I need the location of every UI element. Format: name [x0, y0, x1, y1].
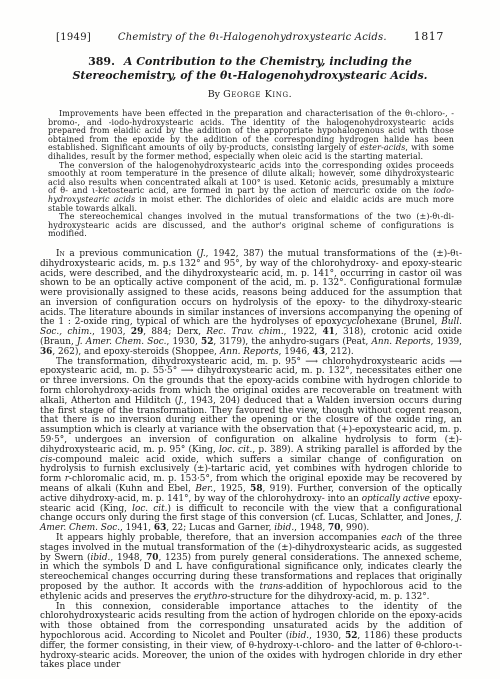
article-title: A Contribution to the Chemistry, includi… [72, 55, 427, 82]
journal-year: [1949] [56, 32, 91, 43]
article-body: In a previous communication (J., 1942, 3… [40, 250, 462, 671]
article-title-block: 389.A Contribution to the Chemistry, inc… [62, 55, 438, 82]
abstract: Improvements have been effected in the p… [48, 110, 454, 239]
running-head: [1949] Chemistry of the θι-Halogenohydro… [0, 0, 500, 43]
author-name: George King. [223, 89, 292, 100]
journal-page: [1949] Chemistry of the θι-Halogenohydro… [0, 0, 500, 679]
body-paragraph: It appears highly probable, therefore, t… [40, 534, 462, 603]
abstract-paragraph: Improvements have been effected in the p… [48, 110, 454, 162]
body-paragraph: In this connexion, considerable importan… [40, 603, 462, 672]
abstract-paragraph: The stereochemical changes involved in t… [48, 213, 454, 239]
abstract-paragraph: The conversion of the halogenohydroxyste… [48, 162, 454, 214]
page-number: 1817 [414, 30, 444, 43]
body-paragraph: The transformation, dihydroxystearic aci… [40, 358, 462, 534]
body-paragraph: In a previous communication (J., 1942, 3… [40, 250, 462, 358]
article-number: 389. [88, 55, 124, 68]
byline-prefix: By [208, 89, 220, 100]
running-title: Chemistry of the θι-Halogenohydroxystear… [118, 32, 387, 43]
byline: By George King. [0, 89, 500, 100]
